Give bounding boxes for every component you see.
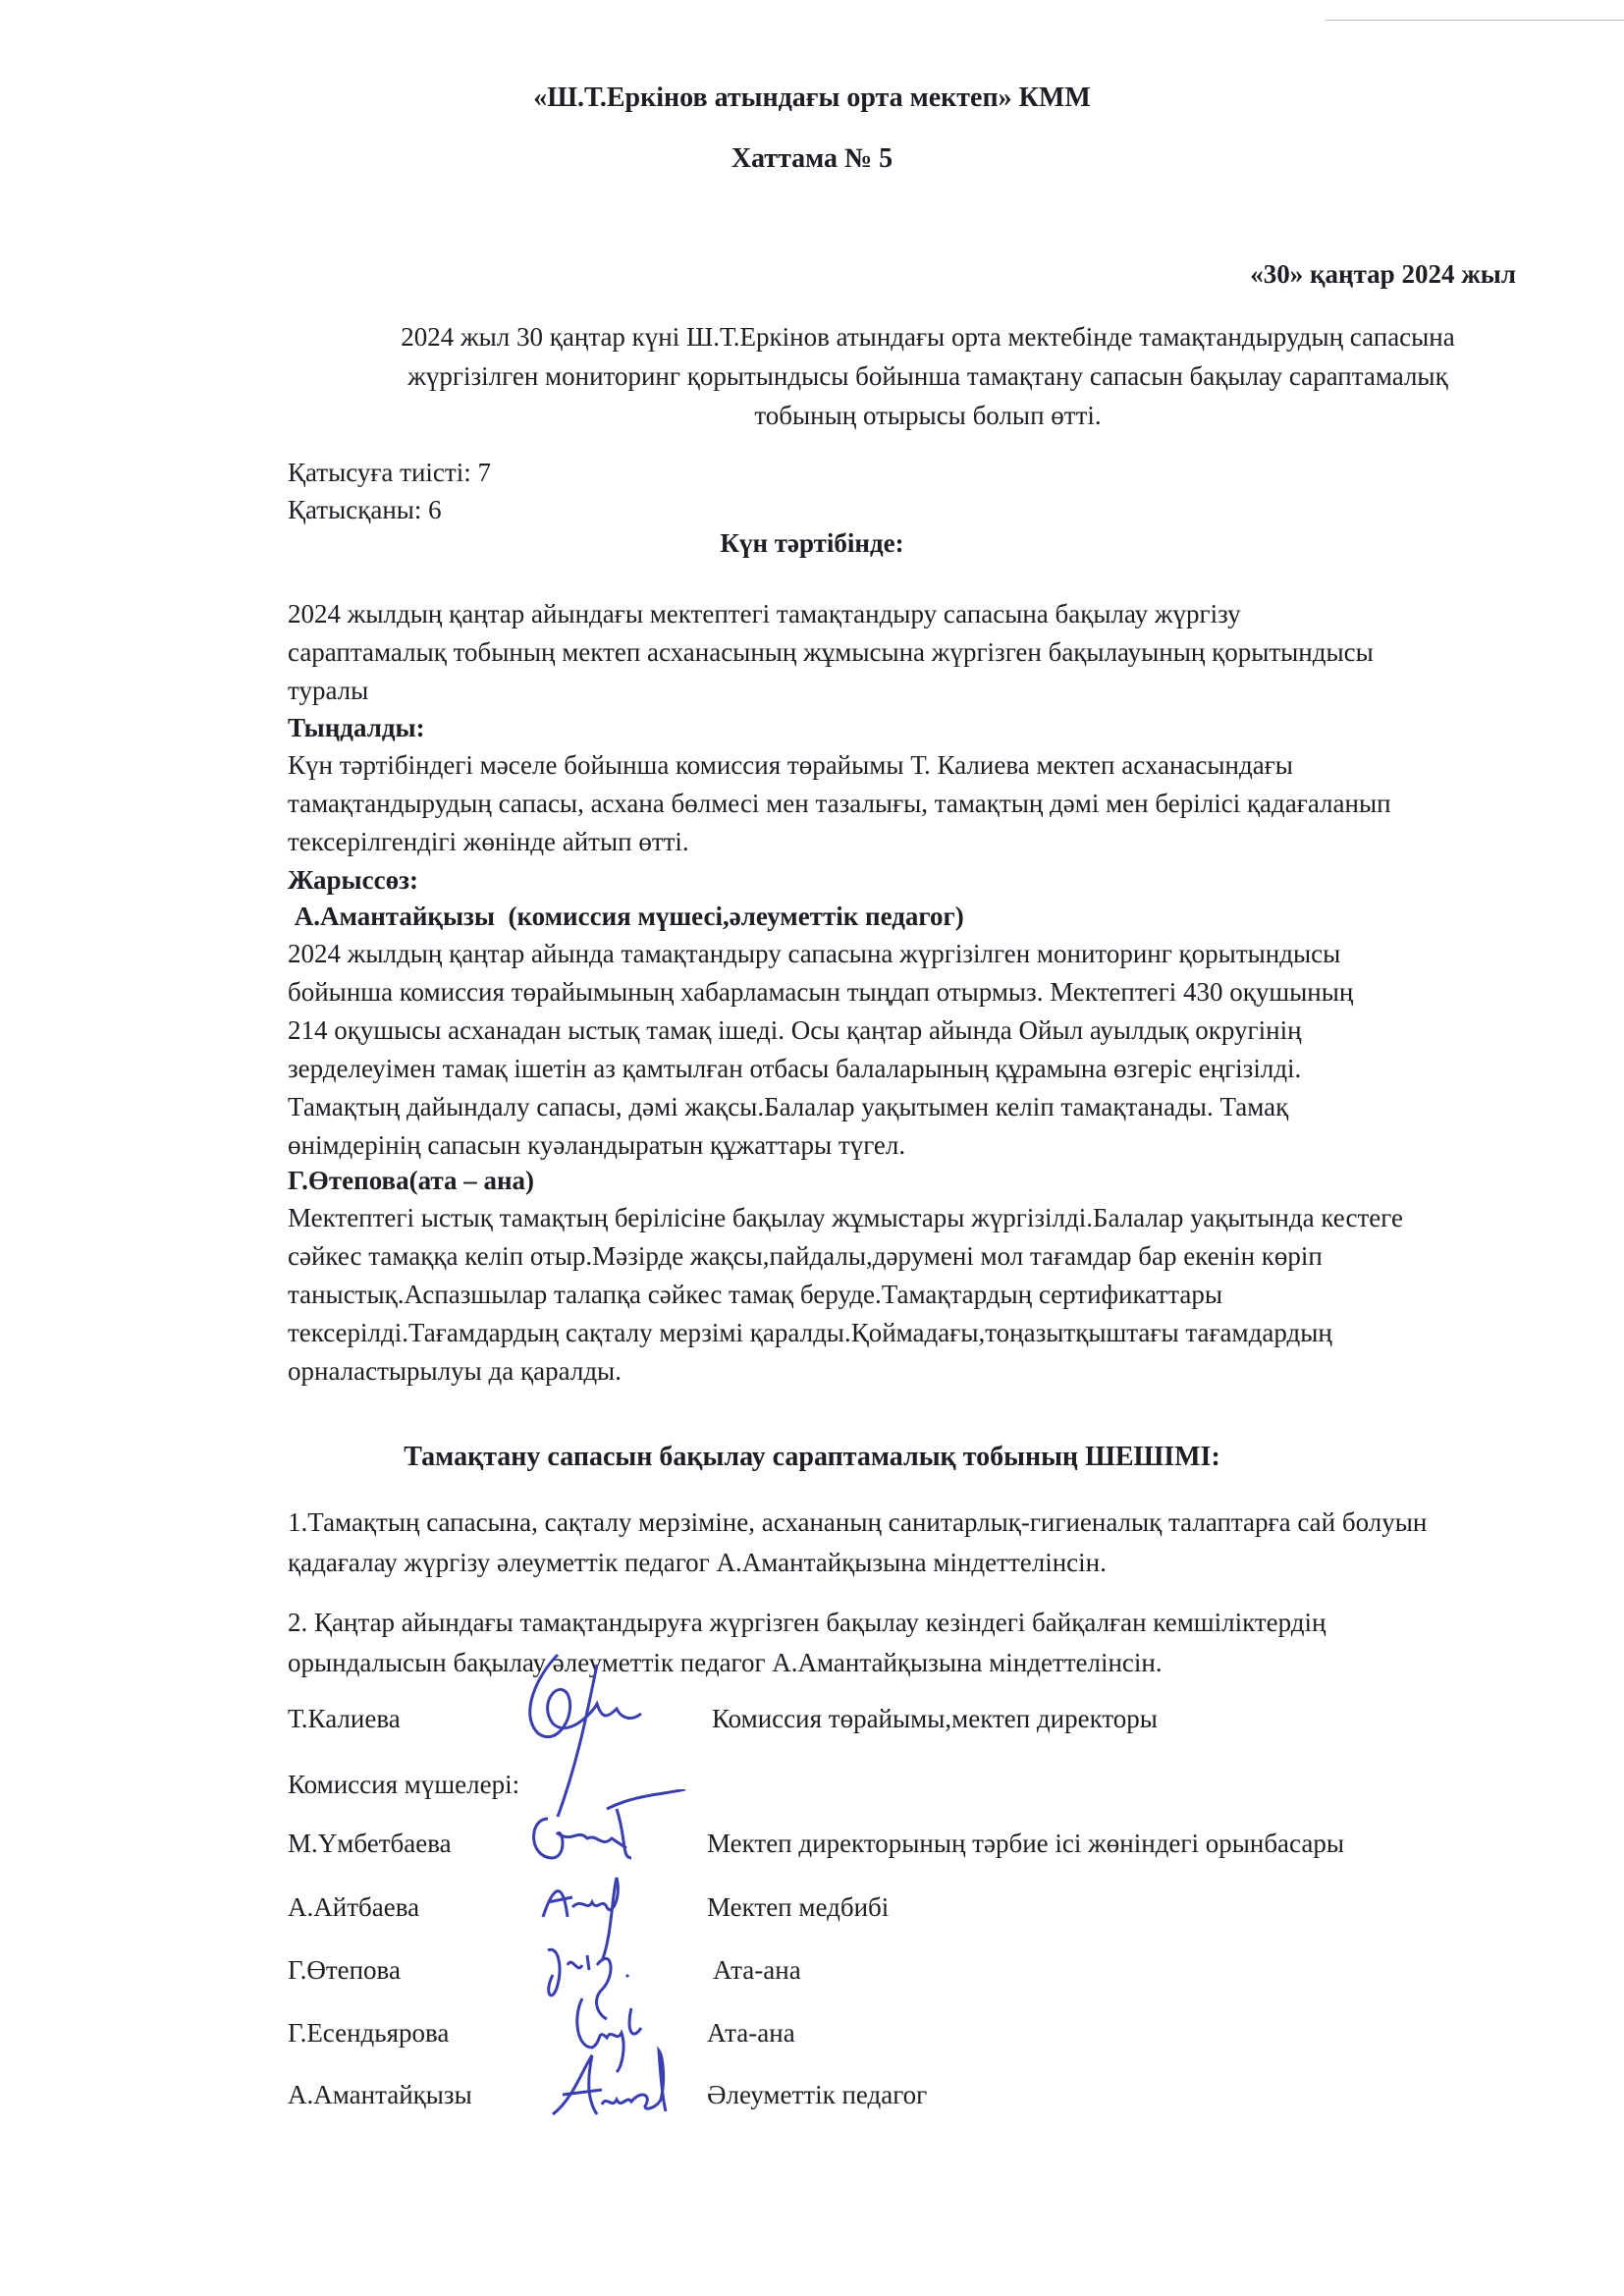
intro-paragraph: 2024 жыл 30 қаңтар күні Ш.Т.Еркінов атын… — [285, 317, 1571, 435]
speech-line: Тамақтың дайындалу сапасы, дәмі жақсы.Ба… — [288, 1088, 1574, 1126]
signatory-role: Мектеп директорының тәрбие ісі жөніндегі… — [707, 1829, 1344, 1859]
signature-row-chair: Т.Калиева Комиссия төрайымы,мектеп дирек… — [288, 1704, 1564, 1743]
agenda-line: 2024 жылдың қаңтар айындағы мектептегі т… — [288, 595, 1574, 633]
intro-line: жүргізілген мониторинг қорытындысы бойын… — [285, 356, 1571, 396]
speaker-2-text: Мектептегі ыстық тамақтың берілісіне бақ… — [288, 1199, 1574, 1391]
speaker-1-text: 2024 жылдың қаңтар айында тамақтандыру с… — [288, 935, 1574, 1165]
speech-line: зерделеуімен тамақ ішетін аз қамтылған о… — [288, 1050, 1574, 1088]
signature-row-member: Г.Есендьярова Ата-ана — [288, 2018, 1564, 2057]
signatory-role: Мектеп медбибі — [707, 1892, 889, 1923]
decision-item-1: 1.Тамақтың сапасына, сақталу мерзіміне, … — [288, 1503, 1574, 1583]
signatory-role: Ата-ана — [707, 2018, 795, 2049]
agenda-line: туралы — [288, 672, 1574, 710]
handwritten-signature-icon — [543, 2041, 680, 2129]
speech-line: тексерілді.Тағамдардың сақталу мерзімі қ… — [288, 1314, 1574, 1352]
scan-edge-line — [1326, 20, 1624, 21]
agenda-heading: Күн тәртібінде: — [0, 528, 1624, 559]
intro-line: 2024 жыл 30 қаңтар күні Ш.Т.Еркінов атын… — [285, 317, 1571, 356]
signature-row-member: А.Амантайқызы Әлеуметтік педагог — [288, 2080, 1564, 2119]
intro-line: тобының отырысы болып өтті. — [285, 396, 1571, 435]
signatory-role: Комиссия төрайымы,мектеп директоры — [712, 1704, 1158, 1734]
decision-item-2: 2. Қаңтар айындағы тамақтандыруға жүргіз… — [288, 1603, 1574, 1683]
debate-heading: Жарыссөз: — [288, 861, 1574, 900]
speech-line: өнімдерінің сапасын куәландыратын құжатт… — [288, 1126, 1574, 1165]
signatory-name: А.Амантайқызы — [288, 2080, 472, 2110]
signatory-name: А.Айтбаева — [288, 1892, 419, 1923]
decision-line: орындалысын бақылау әлеуметтік педагог А… — [288, 1643, 1574, 1683]
protocol-date: «30» қаңтар 2024 жыл — [1250, 259, 1516, 290]
heard-line: тексерілгендігі жөнінде айтып өтті. — [288, 823, 1574, 861]
decision-line: 2. Қаңтар айындағы тамақтандыруға жүргіз… — [288, 1603, 1574, 1643]
agenda-line: сараптамалық тобының мектеп асханасының … — [288, 633, 1574, 672]
decision-line: қадағалау жүргізу әлеуметтік педагог А.А… — [288, 1543, 1574, 1583]
heard-heading: Тыңдалды: — [288, 709, 1574, 747]
speech-line: орналастырылуы да қаралды. — [288, 1352, 1574, 1391]
decision-heading: Тамақтану сапасын бақылау сараптамалық т… — [0, 1442, 1624, 1473]
organization-title: «Ш.Т.Еркінов атындағы орта мектеп» КММ — [0, 82, 1624, 114]
speech-line: 2024 жылдың қаңтар айында тамақтандыру с… — [288, 935, 1574, 973]
signatory-role: Әлеуметтік педагог — [707, 2080, 927, 2110]
speaker-1-name: А.Амантайқызы (комиссия мүшесі,әлеуметті… — [288, 898, 1574, 936]
protocol-title: Хаттама № 5 — [0, 143, 1624, 175]
heard-text: Күн тәртібіндегі мәселе бойынша комиссия… — [288, 746, 1574, 861]
attendance-present: Қатысқаны: 6 — [288, 491, 442, 528]
heard-line: тамақтандырудың сапасы, асхана бөлмесі м… — [288, 785, 1574, 823]
signature-row-member: М.Үмбетбаева Мектеп директорының тәрбие … — [288, 1829, 1564, 1868]
speech-line: бойынша комиссия төрайымының хабарламасы… — [288, 973, 1574, 1011]
decision-line: 1.Тамақтың сапасына, сақталу мерзіміне, … — [288, 1503, 1574, 1543]
attendance-expected: Қатысуға тиісті: 7 — [288, 454, 491, 491]
speech-line: таныстық.Аспазшылар талапқа сәйкес тамақ… — [288, 1276, 1574, 1314]
signatory-name: Т.Калиева — [288, 1704, 401, 1734]
signatory-name: Г.Есендьярова — [288, 2018, 449, 2049]
speaker-2-name: Г.Өтепова(ата – ана) — [288, 1162, 1574, 1200]
speech-line: сәйкес тамаққа келіп отыр.Мәзірде жақсы,… — [288, 1237, 1574, 1276]
heard-line: Күн тәртібіндегі мәселе бойынша комиссия… — [288, 746, 1574, 785]
signature-row-member: Г.Өтепова Ата-ана — [288, 1955, 1564, 1995]
members-label: Комиссия мүшелері: — [288, 1766, 519, 1803]
signatory-role: Ата-ана — [713, 1955, 801, 1986]
signatory-name: М.Үмбетбаева — [288, 1829, 452, 1859]
signature-row-member: А.Айтбаева Мектеп медбибі — [288, 1892, 1564, 1932]
speech-line: 214 оқушысы асханадан ыстық тамақ ішеді.… — [288, 1011, 1574, 1050]
signatory-name: Г.Өтепова — [288, 1955, 401, 1986]
speech-line: Мектептегі ыстық тамақтың берілісіне бақ… — [288, 1199, 1574, 1237]
agenda-text: 2024 жылдың қаңтар айындағы мектептегі т… — [288, 595, 1574, 710]
